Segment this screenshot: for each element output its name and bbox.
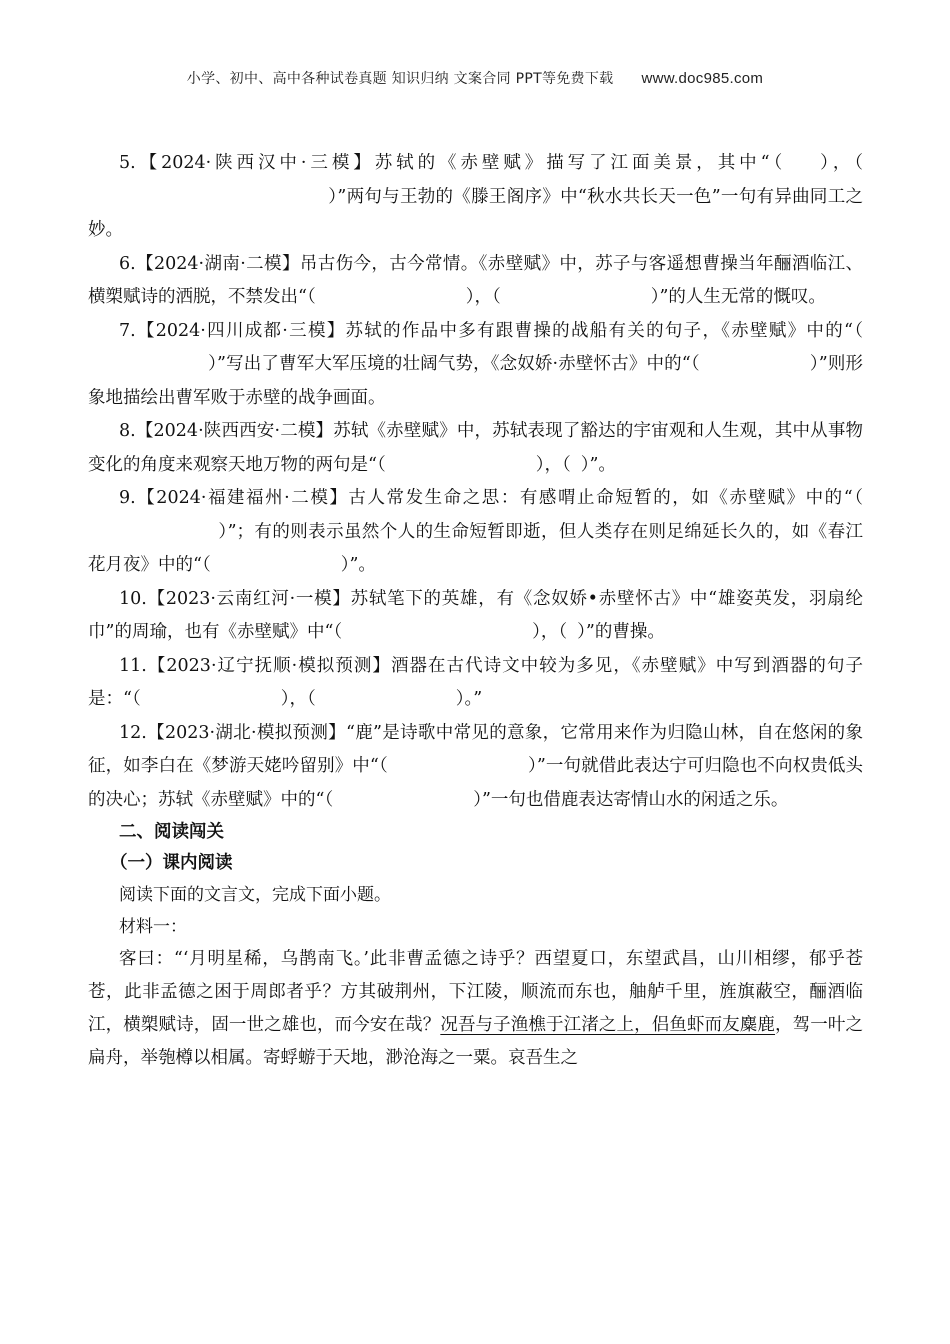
question-9: 9.【2024·福建福州·二模】古人常发生命之思：有感喟止命短暂的，如《赤壁赋》…: [88, 482, 863, 583]
question-text: ），（: [466, 287, 501, 307]
question-5: 5.【2024·陕西汉中·三模】苏轼的《赤壁赋》描写了江面美景，其中“（），（）…: [88, 147, 863, 248]
question-10: 10.【2023·云南红河·一模】苏轼笔下的英雄，有《念奴娇•赤壁怀古》中“雄姿…: [88, 583, 863, 650]
section-title: 二、阅读闯关: [119, 817, 863, 848]
question-text: ）”的人生无常的慨叹。: [651, 287, 826, 307]
question-text: ）”。: [581, 455, 616, 475]
page-header: 小学、初中、高中各种试卷真题 知识归纳 文案合同 PPT等免费下载www.doc…: [0, 68, 950, 88]
instruction-text: 阅读下面的文言文，完成下面小题。: [119, 879, 863, 911]
question-number: 9.: [119, 488, 136, 508]
question-text: ），（: [536, 455, 571, 475]
question-source: 【2024·陕西西安·二模】: [136, 421, 333, 441]
question-text: ）。”: [456, 689, 482, 709]
question-text: ），（: [532, 622, 567, 642]
question-text: 古人常发生命之思：有感喟止命短暂的，如《赤壁赋》中的“（: [348, 488, 863, 508]
question-text: ）”两句与王勃的《滕王阁序》中“秋水共长天一色”一句有异曲同工之妙。: [88, 187, 863, 241]
question-number: 10.: [119, 589, 147, 609]
question-source: 【2024·陕西汉中·三模】: [136, 153, 375, 173]
question-number: 11.: [119, 656, 147, 676]
question-text: ）”；有的则表示虽然个人的生命短暂即逝，但人类存在则足绵延长久的，如《春江花月夜…: [88, 522, 863, 576]
question-text: ）”一句也借鹿表达寄情山水的闲适之乐。: [473, 790, 788, 810]
question-number: 5.: [119, 153, 136, 173]
question-source: 【2024·湖南·二模】: [136, 254, 300, 274]
passage-underlined-text: 况吾与子渔樵于江渚之上，侣鱼虾而友麋鹿: [440, 1015, 775, 1035]
question-text: ）”的曹操。: [577, 622, 665, 642]
document-body: 5.【2024·陕西汉中·三模】苏轼的《赤壁赋》描写了江面美景，其中“（），（）…: [88, 147, 863, 1075]
question-text: ）”写出了曹军大军压境的壮阔气势，《念奴娇·赤壁怀古》中的“（: [208, 354, 700, 374]
question-text: ）”。: [341, 555, 376, 575]
question-text: 苏轼的作品中多有跟曹操的战船有关的句子，《赤壁赋》中的“（: [346, 321, 863, 341]
section-subtitle: （一）课内阅读: [110, 848, 863, 879]
classical-passage: 客曰：“‘月明星稀，乌鹊南飞。’此非曹孟德之诗乎？西望夏口，东望武昌，山川相缪，…: [88, 943, 863, 1075]
question-source: 【2023·云南红河·一模】: [147, 589, 351, 609]
question-number: 12.: [119, 723, 147, 743]
question-12: 12.【2023·湖北·模拟预测】“鹿”是诗歌中常见的意象，它常用来作为归隐山林…: [88, 717, 863, 818]
question-source: 【2024·福建福州·二模】: [136, 488, 349, 508]
question-6: 6.【2024·湖南·二模】吊古伤今，古今常情。《赤壁赋》中，苏子与客遥想曹操当…: [88, 248, 863, 315]
question-11: 11.【2023·辽宁抚顺·模拟预测】酒器在古代诗文中较为多见，《赤壁赋》中写到…: [88, 650, 863, 717]
header-text: 小学、初中、高中各种试卷真题 知识归纳 文案合同 PPT等免费下载: [187, 71, 614, 87]
question-7: 7.【2024·四川成都·三模】苏轼的作品中多有跟曹操的战船有关的句子，《赤壁赋…: [88, 315, 863, 416]
question-8: 8.【2024·陕西西安·二模】苏轼《赤壁赋》中，苏轼表现了豁达的宇宙观和人生观…: [88, 415, 863, 482]
material-label: 材料一：: [119, 911, 863, 943]
question-source: 【2023·辽宁抚顺·模拟预测】: [147, 656, 391, 676]
question-text: ），（: [816, 153, 863, 173]
question-text: ），（: [281, 689, 316, 709]
question-text: 苏轼的《赤壁赋》描写了江面美景，其中“（: [375, 153, 786, 173]
header-url: www.doc985.com: [641, 70, 763, 87]
question-number: 6.: [119, 254, 136, 274]
question-source: 【2023·湖北·模拟预测】: [147, 723, 346, 743]
question-number: 7.: [119, 321, 136, 341]
question-number: 8.: [119, 421, 136, 441]
question-source: 【2024·四川成都·三模】: [136, 321, 346, 341]
